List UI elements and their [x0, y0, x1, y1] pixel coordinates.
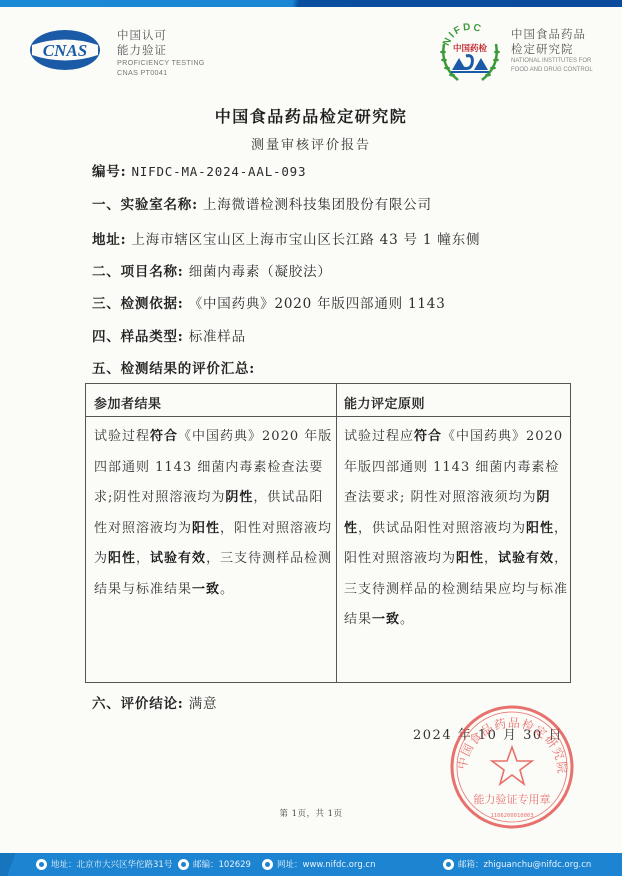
project-name: 二、项目名称: 细菌内毒素（凝胶法）: [92, 260, 332, 280]
project-name-value: 细菌内毒素（凝胶法）: [189, 264, 332, 280]
address-value: 上海市辖区宝山区上海市宝山区长江路 43 号 1 幢东侧: [131, 232, 480, 248]
lab-name-label: 一、实验室名称:: [92, 197, 198, 213]
conclusion-label: 六、评价结论:: [92, 696, 184, 712]
test-basis-label: 三、检测依据:: [92, 296, 184, 312]
cnas-en-line2: CNAS PT0041: [117, 68, 205, 78]
postcode-icon: [178, 859, 189, 870]
header-participant-result: 参加者结果: [94, 393, 162, 412]
test-basis-value: 《中国药典》2020 年版四部通则 1143: [189, 296, 446, 312]
svg-text:中国药检: 中国药检: [453, 43, 488, 54]
location-pin-icon: [36, 859, 47, 870]
globe-icon: [262, 859, 273, 870]
address: 地址: 上海市辖区宝山区上海市宝山区长江路 43 号 1 幢东侧: [92, 228, 480, 248]
footer-postcode-text: 邮编：102629: [193, 858, 251, 870]
summary-heading: 五、检测结果的评价汇总:: [92, 357, 255, 377]
summary-label: 五、检测结果的评价汇总:: [92, 361, 255, 377]
evaluation-table: 参加者结果 能力评定原则 试验过程符合《中国药典》2020 年版四部通则 114…: [85, 383, 571, 683]
test-basis: 三、检测依据: 《中国药典》2020 年版四部通则 1143: [92, 292, 446, 312]
footer-email-link[interactable]: 邮箱：zhiguanchu@nifdc.org.cn: [458, 858, 591, 870]
nifdc-cn-line2: 检定研究院: [511, 42, 593, 57]
cnas-accreditation-text: 中国认可 能力验证 PROFICIENCY TESTING CNAS PT004…: [117, 28, 205, 78]
page-indicator: 第 1页，共 1页: [0, 807, 622, 819]
lab-name: 一、实验室名称: 上海微谱检测科技集团股份有限公司: [92, 193, 432, 213]
report-number-value: NIFDC-MA-2024-AAL-093: [131, 164, 306, 179]
table-column-divider: [336, 384, 337, 682]
report-number-label: 编号:: [92, 164, 126, 180]
nifdc-institute-text: 中国食品药品 检定研究院 NATIONAL INSTITUTES FOR FOO…: [511, 27, 593, 75]
cnas-cn-line1: 中国认可: [117, 28, 205, 43]
footer-email[interactable]: 邮箱：zhiguanchu@nifdc.org.cn: [443, 858, 591, 870]
svg-text:能力验证专用章: 能力验证专用章: [474, 792, 551, 806]
footer-website[interactable]: 网址：www.nifdc.org.cn: [262, 858, 376, 870]
address-label: 地址:: [92, 232, 126, 248]
evaluation-principle-cell: 试验过程应符合《中国药典》2020 年版四部通则 1143 细菌内毒素检查法要求…: [344, 422, 570, 636]
conclusion-value: 满意: [189, 696, 218, 712]
document-subtitle: 测量审核评价报告: [0, 134, 622, 153]
lab-name-value: 上海微谱检测科技集团股份有限公司: [203, 197, 432, 213]
footer-website-link[interactable]: 网址：www.nifdc.org.cn: [277, 858, 376, 870]
sample-type: 四、样品类型: 标准样品: [92, 325, 246, 345]
nifdc-cn-line1: 中国食品药品: [511, 27, 593, 42]
conclusion: 六、评价结论: 满意: [92, 692, 217, 712]
participant-result-cell: 试验过程符合《中国药典》2020 年版四部通则 1143 细菌内毒素检查法要求;…: [94, 422, 334, 605]
footer-bar: 地址：北京市大兴区华佗路31号 邮编：102629 网址：www.nifdc.o…: [0, 853, 622, 876]
footer-address: 地址：北京市大兴区华佗路31号: [36, 858, 172, 870]
report-number: 编号: NIFDC-MA-2024-AAL-093: [92, 160, 306, 180]
footer-slash-decoration: [0, 853, 30, 876]
sample-type-value: 标准样品: [189, 329, 246, 345]
svg-text:CNAS: CNAS: [43, 41, 87, 60]
cnas-cn-line2: 能力验证: [117, 43, 205, 58]
project-name-label: 二、项目名称:: [92, 264, 184, 280]
nifdc-en-line1: NATIONAL INSTITUTES FOR: [511, 57, 593, 66]
cnas-en-line1: PROFICIENCY TESTING: [117, 58, 205, 68]
cnas-logo: CNAS: [28, 28, 102, 72]
footer-postcode: 邮编：102629: [178, 858, 251, 870]
nifdc-logo: NIFDC 中国药检: [436, 22, 504, 88]
top-brand-bar: [0, 0, 622, 7]
header-evaluation-principle: 能力评定原则: [344, 393, 425, 412]
sample-type-label: 四、样品类型:: [92, 329, 184, 345]
mail-icon: [443, 859, 454, 870]
footer-address-text: 地址：北京市大兴区华佗路31号: [51, 858, 172, 870]
document-title: 中国食品药品检定研究院: [0, 104, 622, 127]
nifdc-en-line2: FOOD AND DRUG CONTROL: [511, 66, 593, 75]
